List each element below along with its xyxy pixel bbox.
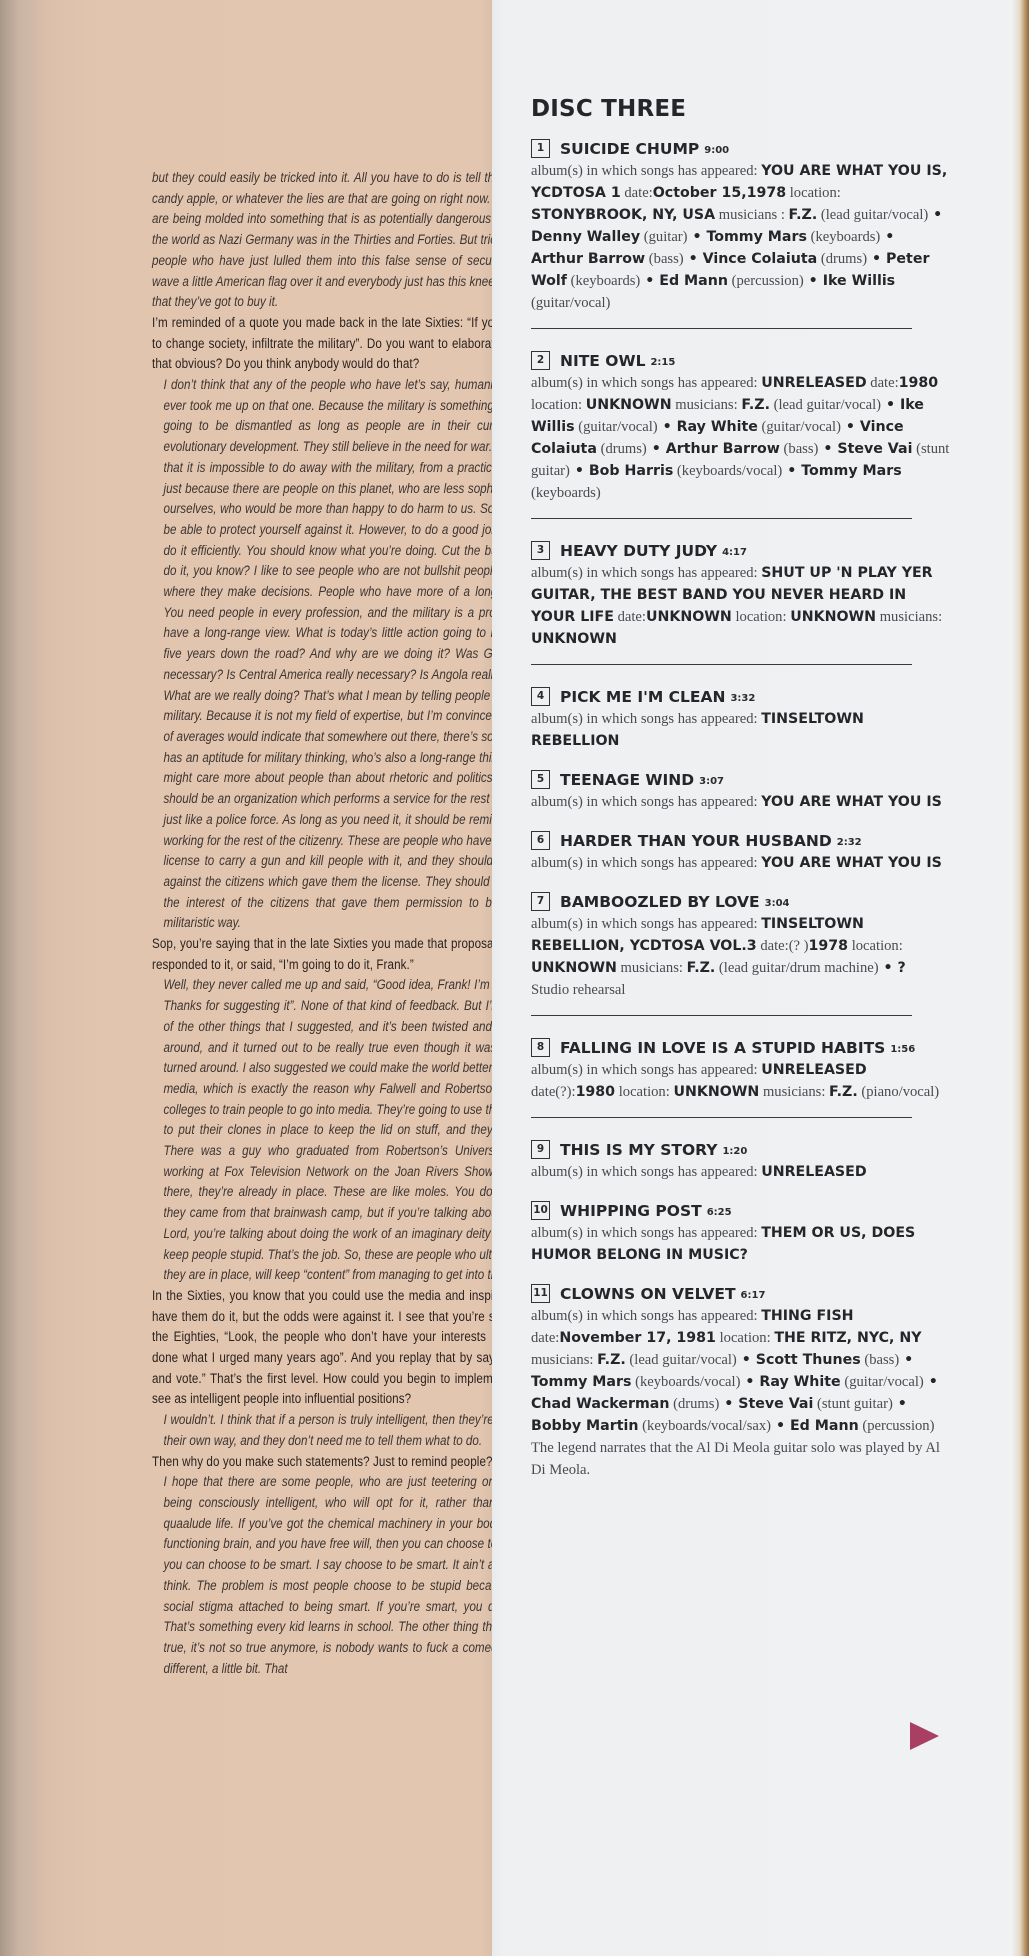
album-label: album(s) in which songs has appeared: bbox=[531, 711, 761, 727]
track-header: 7BAMBOOZLED BY LOVE3:04 bbox=[531, 892, 951, 911]
album-names: UNRELEASED bbox=[761, 375, 866, 391]
spacer bbox=[531, 1183, 951, 1201]
divider bbox=[531, 518, 912, 519]
track-number-box: 1 bbox=[531, 139, 550, 158]
musician-name: F.Z. bbox=[829, 1084, 858, 1100]
bullet-separator: • bbox=[688, 229, 707, 245]
musician-name: Chad Wackerman bbox=[531, 1396, 669, 1412]
track-entry: 5TEENAGE WIND3:07album(s) in which songs… bbox=[531, 770, 951, 813]
track-number-box: 5 bbox=[531, 770, 550, 789]
musician-role: (percussion) bbox=[862, 1418, 934, 1434]
track-details: album(s) in which songs has appeared: UN… bbox=[531, 1161, 951, 1183]
musician-name: Arthur Barrow bbox=[531, 251, 645, 267]
track-title: BAMBOOZLED BY LOVE bbox=[560, 893, 760, 911]
track-title: FALLING IN LOVE IS A STUPID HABITS bbox=[560, 1039, 885, 1057]
date-value: November 17, 1981 bbox=[559, 1330, 716, 1346]
bullet-separator: • bbox=[647, 441, 666, 457]
track-title: NITE OWL bbox=[560, 352, 645, 370]
bullet-separator: • bbox=[658, 419, 677, 435]
musicians-label: musicians: bbox=[763, 1084, 829, 1100]
musician-role: (bass) bbox=[784, 441, 819, 457]
track-entry: 3HEAVY DUTY JUDY4:17album(s) in which so… bbox=[531, 541, 951, 650]
musician-name: Arthur Barrow bbox=[666, 441, 780, 457]
track-details: album(s) in which songs has appeared: UN… bbox=[531, 372, 951, 504]
divider bbox=[531, 1117, 912, 1118]
musician-name: Bob Harris bbox=[589, 463, 673, 479]
date-value: UNKNOWN bbox=[646, 609, 732, 625]
musician-role: (guitar/vocal) bbox=[531, 295, 610, 311]
spacer bbox=[531, 752, 951, 770]
track-details: album(s) in which songs has appeared: YO… bbox=[531, 852, 951, 874]
track-entry: 4PICK ME I'M CLEAN3:32album(s) in which … bbox=[531, 687, 951, 752]
track-header: 3HEAVY DUTY JUDY4:17 bbox=[531, 541, 951, 560]
track-title: WHIPPING POST bbox=[560, 1202, 702, 1220]
bullet-separator: • bbox=[737, 1352, 756, 1368]
musician-role: (keyboards/vocal/sax) bbox=[642, 1418, 771, 1434]
track-entry: 6HARDER THAN YOUR HUSBAND2:32album(s) in… bbox=[531, 831, 951, 874]
date-value: 1980 bbox=[899, 375, 939, 391]
track-details: album(s) in which songs has appeared: TI… bbox=[531, 913, 951, 1001]
album-names: YOU ARE WHAT YOU IS bbox=[761, 794, 942, 810]
album-label: album(s) in which songs has appeared: bbox=[531, 565, 761, 581]
musician-role: (percussion) bbox=[732, 273, 804, 289]
musician-role: (keyboards/vocal) bbox=[635, 1374, 740, 1390]
bullet-separator: • bbox=[782, 463, 801, 479]
date-label: date(?): bbox=[531, 1084, 576, 1100]
location-value: UNKNOWN bbox=[531, 960, 617, 976]
musician-role: (piano/vocal) bbox=[861, 1084, 939, 1100]
album-names: UNRELEASED bbox=[761, 1164, 866, 1180]
musician-role: (bass) bbox=[649, 251, 684, 267]
musician-name: Bobby Martin bbox=[531, 1418, 639, 1434]
musician-role: (keyboards/vocal) bbox=[677, 463, 782, 479]
track-header: 1SUICIDE CHUMP9:00 bbox=[531, 139, 951, 158]
track-duration: 4:17 bbox=[722, 547, 747, 558]
bullet-separator: • bbox=[899, 1352, 913, 1368]
bullet-separator: • bbox=[841, 419, 860, 435]
musicians-label: musicians : bbox=[719, 207, 789, 223]
bullet-separator: • bbox=[867, 251, 886, 267]
musician-name: Ed Mann bbox=[659, 273, 728, 289]
location-value: THE RITZ, NYC, NY bbox=[774, 1330, 921, 1346]
bullet-separator: • bbox=[893, 1396, 907, 1412]
album-names: UNRELEASED bbox=[761, 1062, 866, 1078]
musician-name: Tommy Mars bbox=[531, 1374, 631, 1390]
track-duration: 2:32 bbox=[837, 837, 862, 848]
musician-name: F.Z. bbox=[687, 960, 716, 976]
musician-name: F.Z. bbox=[597, 1352, 626, 1368]
disc-tracklist: DISC THREE 1SUICIDE CHUMP9:00album(s) in… bbox=[531, 96, 951, 1481]
track-header: 10WHIPPING POST6:25 bbox=[531, 1201, 951, 1220]
divider bbox=[531, 328, 912, 329]
track-duration: 3:04 bbox=[765, 898, 790, 909]
musician-role: (keyboards) bbox=[571, 273, 641, 289]
bullet-separator: • bbox=[804, 273, 823, 289]
disc-title: DISC THREE bbox=[531, 96, 951, 122]
musician-role: (guitar/vocal) bbox=[844, 1374, 923, 1390]
date-value: 1978 bbox=[809, 938, 849, 954]
track-number-box: 6 bbox=[531, 831, 550, 850]
track-title: THIS IS MY STORY bbox=[560, 1141, 717, 1159]
track-details: album(s) in which songs has appeared: YO… bbox=[531, 160, 951, 314]
musician-role: (guitar) bbox=[644, 229, 688, 245]
musician-name: F.Z. bbox=[741, 397, 770, 413]
track-details: album(s) in which songs has appeared: UN… bbox=[531, 1059, 951, 1103]
track-number-box: 10 bbox=[531, 1201, 550, 1220]
spacer bbox=[531, 874, 951, 892]
track-number-box: 7 bbox=[531, 892, 550, 911]
musician-role: (drums) bbox=[821, 251, 867, 267]
location-label: location: bbox=[735, 609, 790, 625]
date-label: date: bbox=[618, 609, 646, 625]
musician-role: (lead guitar/vocal) bbox=[821, 207, 928, 223]
location-label: location: bbox=[619, 1084, 674, 1100]
musicians-label: musicians: bbox=[531, 1352, 597, 1368]
album-label: album(s) in which songs has appeared: bbox=[531, 1164, 761, 1180]
musician-role: (lead guitar/vocal) bbox=[629, 1352, 736, 1368]
left-page: but they could easily be tricked into it… bbox=[0, 0, 492, 1956]
musician-role: (keyboards) bbox=[811, 229, 881, 245]
track-header: 11CLOWNS ON VELVET6:17 bbox=[531, 1284, 951, 1303]
bullet-separator: • bbox=[881, 397, 900, 413]
date-value: October 15,1978 bbox=[653, 185, 786, 201]
location-value: UNKNOWN bbox=[790, 609, 876, 625]
musician-role: (drums) bbox=[601, 441, 647, 457]
track-list: 1SUICIDE CHUMP9:00album(s) in which song… bbox=[531, 139, 951, 1481]
bullet-separator: • bbox=[880, 229, 894, 245]
track-duration: 3:32 bbox=[730, 693, 755, 704]
bullet-separator: • bbox=[818, 441, 837, 457]
track-number-box: 11 bbox=[531, 1284, 550, 1303]
musician-name: Denny Walley bbox=[531, 229, 640, 245]
location-value: UNKNOWN bbox=[673, 1084, 759, 1100]
musician-name: Vince Colaiuta bbox=[703, 251, 818, 267]
track-number-box: 4 bbox=[531, 687, 550, 706]
track-details: album(s) in which songs has appeared: TI… bbox=[531, 708, 951, 752]
musician-name: Scott Thunes bbox=[756, 1352, 861, 1368]
bullet-separator: • bbox=[771, 1418, 790, 1434]
musician-name: ? bbox=[898, 960, 906, 976]
date-label: date:(? ) bbox=[760, 938, 808, 954]
location-label: location: bbox=[720, 1330, 775, 1346]
musician-role: (guitar/vocal) bbox=[578, 419, 657, 435]
track-title: PICK ME I'M CLEAN bbox=[560, 688, 725, 706]
musician-role: (bass) bbox=[864, 1352, 899, 1368]
location-label: location: bbox=[852, 938, 903, 954]
album-names: THING FISH bbox=[761, 1308, 853, 1324]
bullet-separator: • bbox=[719, 1396, 738, 1412]
album-label: album(s) in which songs has appeared: bbox=[531, 1308, 761, 1324]
track-note: Studio rehearsal bbox=[531, 982, 625, 998]
track-duration: 6:25 bbox=[707, 1207, 732, 1218]
track-details: album(s) in which songs has appeared: YO… bbox=[531, 791, 951, 813]
spacer bbox=[531, 813, 951, 831]
spacer bbox=[531, 1266, 951, 1284]
album-label: album(s) in which songs has appeared: bbox=[531, 1225, 761, 1241]
musician-role: (guitar/vocal) bbox=[762, 419, 841, 435]
musician-role: (lead guitar/vocal) bbox=[774, 397, 881, 413]
musician-name: F.Z. bbox=[789, 207, 818, 223]
album-label: album(s) in which songs has appeared: bbox=[531, 916, 761, 932]
bullet-separator: • bbox=[740, 1374, 759, 1390]
date-label: date: bbox=[870, 375, 898, 391]
track-duration: 6:17 bbox=[741, 1290, 766, 1301]
album-label: album(s) in which songs has appeared: bbox=[531, 855, 761, 871]
bullet-separator: • bbox=[570, 463, 589, 479]
bullet-separator: • bbox=[928, 207, 942, 223]
album-label: album(s) in which songs has appeared: bbox=[531, 1062, 761, 1078]
musician-name: Steve Vai bbox=[837, 441, 912, 457]
track-title: CLOWNS ON VELVET bbox=[560, 1285, 736, 1303]
musician-role: (stunt guitar) bbox=[817, 1396, 893, 1412]
album-label: album(s) in which songs has appeared: bbox=[531, 163, 761, 179]
track-header: 4PICK ME I'M CLEAN3:32 bbox=[531, 687, 951, 706]
track-title: SUICIDE CHUMP bbox=[560, 140, 699, 158]
track-details: album(s) in which songs has appeared: TH… bbox=[531, 1222, 951, 1266]
divider bbox=[531, 664, 912, 665]
track-details: album(s) in which songs has appeared: TH… bbox=[531, 1305, 951, 1481]
track-title: HARDER THAN YOUR HUSBAND bbox=[560, 832, 832, 850]
musician-name: Ray White bbox=[677, 419, 758, 435]
musicians-value: UNKNOWN bbox=[531, 631, 617, 647]
musician-role: (lead guitar/drum machine) bbox=[719, 960, 879, 976]
musician-name: Tommy Mars bbox=[801, 463, 901, 479]
track-duration: 9:00 bbox=[704, 145, 729, 156]
musicians-label: musicians: bbox=[675, 397, 741, 413]
musician-name: Steve Vai bbox=[738, 1396, 813, 1412]
track-entry: 9THIS IS MY STORY1:20album(s) in which s… bbox=[531, 1140, 951, 1183]
track-entry: 10WHIPPING POST6:25album(s) in which son… bbox=[531, 1201, 951, 1266]
bullet-separator: • bbox=[684, 251, 703, 267]
track-number-box: 8 bbox=[531, 1038, 550, 1057]
track-header: 8FALLING IN LOVE IS A STUPID HABITS1:56 bbox=[531, 1038, 951, 1057]
track-number-box: 2 bbox=[531, 351, 550, 370]
musician-name: Tommy Mars bbox=[706, 229, 806, 245]
bullet-separator: • bbox=[640, 273, 659, 289]
next-page-triangle-icon[interactable] bbox=[910, 1722, 939, 1750]
musician-name: Ed Mann bbox=[790, 1418, 859, 1434]
track-title: HEAVY DUTY JUDY bbox=[560, 542, 717, 560]
divider bbox=[531, 1015, 912, 1016]
musician-role: (drums) bbox=[673, 1396, 719, 1412]
location-value: UNKNOWN bbox=[586, 397, 672, 413]
album-label: album(s) in which songs has appeared: bbox=[531, 794, 761, 810]
track-note: The legend narrates that the Al Di Meola… bbox=[531, 1440, 940, 1478]
track-header: 6HARDER THAN YOUR HUSBAND2:32 bbox=[531, 831, 951, 850]
date-label: date: bbox=[531, 1330, 559, 1346]
track-duration: 1:20 bbox=[722, 1146, 747, 1157]
track-entry: 8FALLING IN LOVE IS A STUPID HABITS1:56a… bbox=[531, 1038, 951, 1103]
musician-name: Ike Willis bbox=[823, 273, 895, 289]
date-label: date: bbox=[624, 185, 652, 201]
location-label: location: bbox=[790, 185, 841, 201]
track-entry: 11CLOWNS ON VELVET6:17album(s) in which … bbox=[531, 1284, 951, 1481]
musicians-label: musicians: bbox=[880, 609, 942, 625]
location-value: STONYBROOK, NY, USA bbox=[531, 207, 715, 223]
album-label: album(s) in which songs has appeared: bbox=[531, 375, 761, 391]
track-title: TEENAGE WIND bbox=[560, 771, 694, 789]
track-duration: 1:56 bbox=[890, 1044, 915, 1055]
track-header: 2NITE OWL2:15 bbox=[531, 351, 951, 370]
track-number-box: 9 bbox=[531, 1140, 550, 1159]
track-duration: 2:15 bbox=[650, 357, 675, 368]
bullet-separator: • bbox=[924, 1374, 938, 1390]
track-duration: 3:07 bbox=[699, 776, 724, 787]
date-value: 1980 bbox=[576, 1084, 616, 1100]
musician-role: (keyboards) bbox=[531, 485, 601, 501]
musicians-label: musicians: bbox=[621, 960, 687, 976]
musician-name: Ray White bbox=[759, 1374, 840, 1390]
location-label: location: bbox=[531, 397, 586, 413]
track-number-box: 3 bbox=[531, 541, 550, 560]
track-entry: 7BAMBOOZLED BY LOVE3:04album(s) in which… bbox=[531, 892, 951, 1001]
album-names: YOU ARE WHAT YOU IS bbox=[761, 855, 942, 871]
bullet-separator: • bbox=[879, 960, 898, 976]
track-details: album(s) in which songs has appeared: SH… bbox=[531, 562, 951, 650]
track-header: 5TEENAGE WIND3:07 bbox=[531, 770, 951, 789]
track-entry: 2NITE OWL2:15album(s) in which songs has… bbox=[531, 351, 951, 504]
track-entry: 1SUICIDE CHUMP9:00album(s) in which song… bbox=[531, 139, 951, 314]
track-header: 9THIS IS MY STORY1:20 bbox=[531, 1140, 951, 1159]
